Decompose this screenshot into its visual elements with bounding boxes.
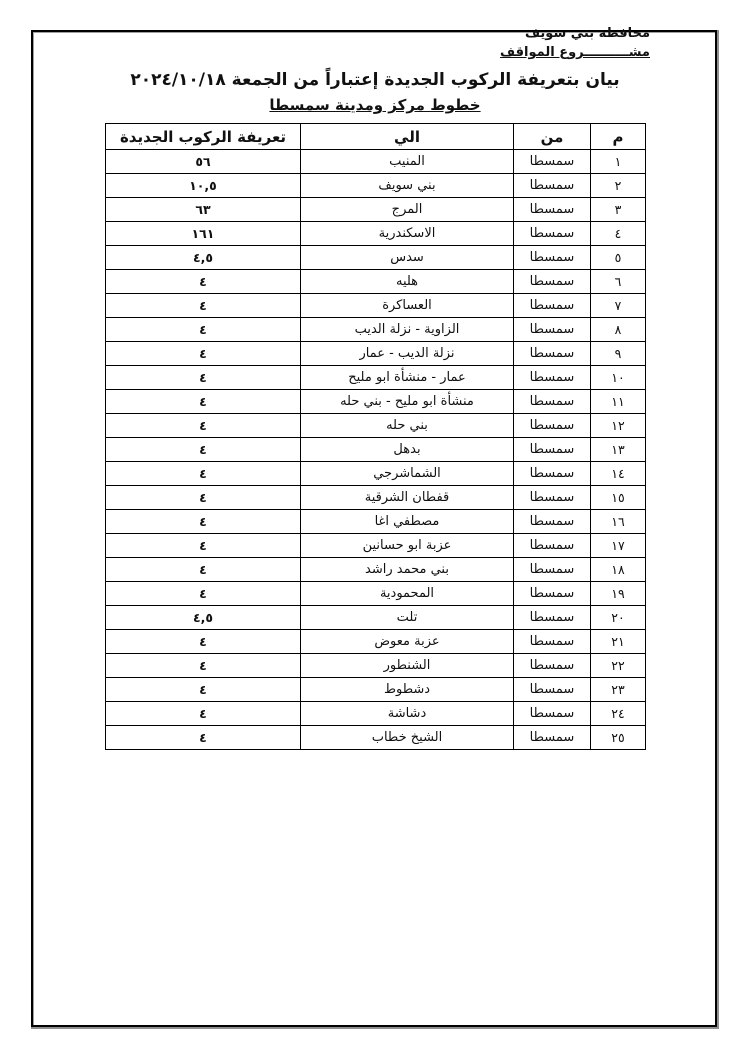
row-serial-cell: ٧ — [591, 294, 646, 318]
row-from-cell: سمسطا — [514, 390, 591, 414]
row-from-cell: سمسطا — [514, 606, 591, 630]
row-to-cell: الشيخ خطاب — [301, 726, 514, 750]
row-fare-cell: ٤ — [106, 534, 301, 558]
table-row: ٢ سمسطا بني سويف ١٠,٥ — [106, 174, 646, 198]
row-from-cell: سمسطا — [514, 294, 591, 318]
row-from-cell: سمسطا — [514, 558, 591, 582]
row-fare-cell: ٤ — [106, 366, 301, 390]
row-from-cell: سمسطا — [514, 366, 591, 390]
row-to-cell: هليه — [301, 270, 514, 294]
row-serial-cell: ٨ — [591, 318, 646, 342]
row-serial-cell: ٢٤ — [591, 702, 646, 726]
row-from-cell: سمسطا — [514, 174, 591, 198]
table-row: ١٨ سمسطا بني محمد راشد ٤ — [106, 558, 646, 582]
row-to-cell: بني محمد راشد — [301, 558, 514, 582]
row-serial-cell: ٦ — [591, 270, 646, 294]
governorate-name: محافظة بني سويف — [500, 24, 650, 43]
row-serial-cell: ٢٠ — [591, 606, 646, 630]
row-from-cell: سمسطا — [514, 198, 591, 222]
table-row: ٨ سمسطا الزاوية - نزلة الديب ٤ — [106, 318, 646, 342]
table-row: ٢٥ سمسطا الشيخ خطاب ٤ — [106, 726, 646, 750]
header-cell-from: من — [514, 124, 591, 150]
table-row: ٢٣ سمسطا دشطوط ٤ — [106, 678, 646, 702]
row-to-cell: سدس — [301, 246, 514, 270]
department-name: مشــــــــــروع المواقف — [500, 43, 650, 62]
table-row: ٢٤ سمسطا دشاشة ٤ — [106, 702, 646, 726]
row-serial-cell: ١٥ — [591, 486, 646, 510]
row-to-cell: الاسكندرية — [301, 222, 514, 246]
row-to-cell: الشماشرجي — [301, 462, 514, 486]
table-row: ٣ سمسطا المرج ٦٣ — [106, 198, 646, 222]
table-row: ٢٢ سمسطا الشنطور ٤ — [106, 654, 646, 678]
row-from-cell: سمسطا — [514, 726, 591, 750]
row-to-cell: دشطوط — [301, 678, 514, 702]
row-serial-cell: ٤ — [591, 222, 646, 246]
row-to-cell: الشنطور — [301, 654, 514, 678]
row-to-cell: عزبة معوض — [301, 630, 514, 654]
row-to-cell: نزلة الديب - عمار — [301, 342, 514, 366]
document-title: بيان بتعريفة الركوب الجديدة إعتباراً من … — [0, 70, 750, 90]
row-from-cell: سمسطا — [514, 222, 591, 246]
row-fare-cell: ٤ — [106, 630, 301, 654]
row-from-cell: سمسطا — [514, 150, 591, 174]
row-serial-cell: ١١ — [591, 390, 646, 414]
row-from-cell: سمسطا — [514, 654, 591, 678]
row-serial-cell: ١٦ — [591, 510, 646, 534]
table-row: ١١ سمسطا منشأة ابو مليح - بني حله ٤ — [106, 390, 646, 414]
row-to-cell: دشاشة — [301, 702, 514, 726]
row-to-cell: عمار - منشأة ابو مليح — [301, 366, 514, 390]
row-fare-cell: ٤ — [106, 726, 301, 750]
row-fare-cell: ٤,٥ — [106, 606, 301, 630]
row-serial-cell: ١٨ — [591, 558, 646, 582]
row-to-cell: منشأة ابو مليح - بني حله — [301, 390, 514, 414]
table-row: ١٧ سمسطا عزبة ابو حسانين ٤ — [106, 534, 646, 558]
table-row: ٩ سمسطا نزلة الديب - عمار ٤ — [106, 342, 646, 366]
row-from-cell: سمسطا — [514, 534, 591, 558]
row-from-cell: سمسطا — [514, 702, 591, 726]
row-fare-cell: ٤ — [106, 342, 301, 366]
header-row: م من الي تعريفة الركوب الجديدة — [106, 124, 646, 150]
row-fare-cell: ٤ — [106, 678, 301, 702]
header-cell-fare: تعريفة الركوب الجديدة — [106, 124, 301, 150]
table-row: ١٦ سمسطا مصطفي اغا ٤ — [106, 510, 646, 534]
row-fare-cell: ٤ — [106, 558, 301, 582]
row-fare-cell: ٤ — [106, 486, 301, 510]
row-fare-cell: ٤ — [106, 294, 301, 318]
row-to-cell: الزاوية - نزلة الديب — [301, 318, 514, 342]
row-fare-cell: ٤ — [106, 702, 301, 726]
document-page: محافظة بني سويف مشــــــــــروع المواقف … — [0, 0, 750, 1061]
row-serial-cell: ٢ — [591, 174, 646, 198]
row-fare-cell: ٤ — [106, 654, 301, 678]
row-to-cell: العساكرة — [301, 294, 514, 318]
row-to-cell: المنيب — [301, 150, 514, 174]
table-row: ١٣ سمسطا بدهل ٤ — [106, 438, 646, 462]
row-fare-cell: ٥٦ — [106, 150, 301, 174]
row-serial-cell: ٢٣ — [591, 678, 646, 702]
row-fare-cell: ٤ — [106, 318, 301, 342]
row-from-cell: سمسطا — [514, 630, 591, 654]
row-from-cell: سمسطا — [514, 318, 591, 342]
table-row: ٤ سمسطا الاسكندرية ١٦١ — [106, 222, 646, 246]
row-serial-cell: ١٣ — [591, 438, 646, 462]
fare-table-header: م من الي تعريفة الركوب الجديدة — [106, 124, 646, 150]
table-row: ٧ سمسطا العساكرة ٤ — [106, 294, 646, 318]
row-from-cell: سمسطا — [514, 486, 591, 510]
row-fare-cell: ٤ — [106, 390, 301, 414]
row-to-cell: بدهل — [301, 438, 514, 462]
row-from-cell: سمسطا — [514, 438, 591, 462]
row-to-cell: عزبة ابو حسانين — [301, 534, 514, 558]
row-from-cell: سمسطا — [514, 510, 591, 534]
row-fare-cell: ٤ — [106, 270, 301, 294]
row-to-cell: بني سويف — [301, 174, 514, 198]
row-to-cell: بني حله — [301, 414, 514, 438]
table-row: ١٥ سمسطا قفطان الشرقية ٤ — [106, 486, 646, 510]
table-row: ٢٠ سمسطا تلت ٤,٥ — [106, 606, 646, 630]
row-serial-cell: ١٩ — [591, 582, 646, 606]
table-row: ٦ سمسطا هليه ٤ — [106, 270, 646, 294]
row-to-cell: قفطان الشرقية — [301, 486, 514, 510]
row-from-cell: سمسطا — [514, 246, 591, 270]
row-serial-cell: ٣ — [591, 198, 646, 222]
row-fare-cell: ١٦١ — [106, 222, 301, 246]
row-fare-cell: ٤,٥ — [106, 246, 301, 270]
row-fare-cell: ٦٣ — [106, 198, 301, 222]
header-cell-to: الي — [301, 124, 514, 150]
table-row: ١٤ سمسطا الشماشرجي ٤ — [106, 462, 646, 486]
row-to-cell: تلت — [301, 606, 514, 630]
row-serial-cell: ١٢ — [591, 414, 646, 438]
row-fare-cell: ٤ — [106, 510, 301, 534]
row-fare-cell: ٤ — [106, 462, 301, 486]
row-fare-cell: ٤ — [106, 414, 301, 438]
row-serial-cell: ٢٢ — [591, 654, 646, 678]
row-serial-cell: ٥ — [591, 246, 646, 270]
row-from-cell: سمسطا — [514, 462, 591, 486]
table-row: ١ سمسطا المنيب ٥٦ — [106, 150, 646, 174]
row-serial-cell: ٢٥ — [591, 726, 646, 750]
table-row: ٥ سمسطا سدس ٤,٥ — [106, 246, 646, 270]
row-to-cell: مصطفي اغا — [301, 510, 514, 534]
row-serial-cell: ١٤ — [591, 462, 646, 486]
row-from-cell: سمسطا — [514, 678, 591, 702]
row-from-cell: سمسطا — [514, 270, 591, 294]
row-serial-cell: ١٠ — [591, 366, 646, 390]
document-subtitle: خطوط مركز ومدينة سمسطا — [0, 96, 750, 114]
row-to-cell: المرج — [301, 198, 514, 222]
row-from-cell: سمسطا — [514, 582, 591, 606]
row-serial-cell: ٢١ — [591, 630, 646, 654]
row-to-cell: المحمودية — [301, 582, 514, 606]
table-row: ١٢ سمسطا بني حله ٤ — [106, 414, 646, 438]
row-serial-cell: ١ — [591, 150, 646, 174]
fare-table-body: ١ سمسطا المنيب ٥٦ ٢ سمسطا بني سويف ١٠,٥ … — [106, 150, 646, 750]
org-header: محافظة بني سويف مشــــــــــروع المواقف — [500, 24, 650, 62]
header-cell-serial: م — [591, 124, 646, 150]
row-fare-cell: ٤ — [106, 582, 301, 606]
row-serial-cell: ٩ — [591, 342, 646, 366]
row-from-cell: سمسطا — [514, 342, 591, 366]
table-row: ١٠ سمسطا عمار - منشأة ابو مليح ٤ — [106, 366, 646, 390]
table-row: ٢١ سمسطا عزبة معوض ٤ — [106, 630, 646, 654]
row-fare-cell: ٤ — [106, 438, 301, 462]
fare-table: م من الي تعريفة الركوب الجديدة ١ سمسطا ا… — [105, 123, 646, 750]
table-row: ١٩ سمسطا المحمودية ٤ — [106, 582, 646, 606]
row-fare-cell: ١٠,٥ — [106, 174, 301, 198]
row-from-cell: سمسطا — [514, 414, 591, 438]
row-serial-cell: ١٧ — [591, 534, 646, 558]
